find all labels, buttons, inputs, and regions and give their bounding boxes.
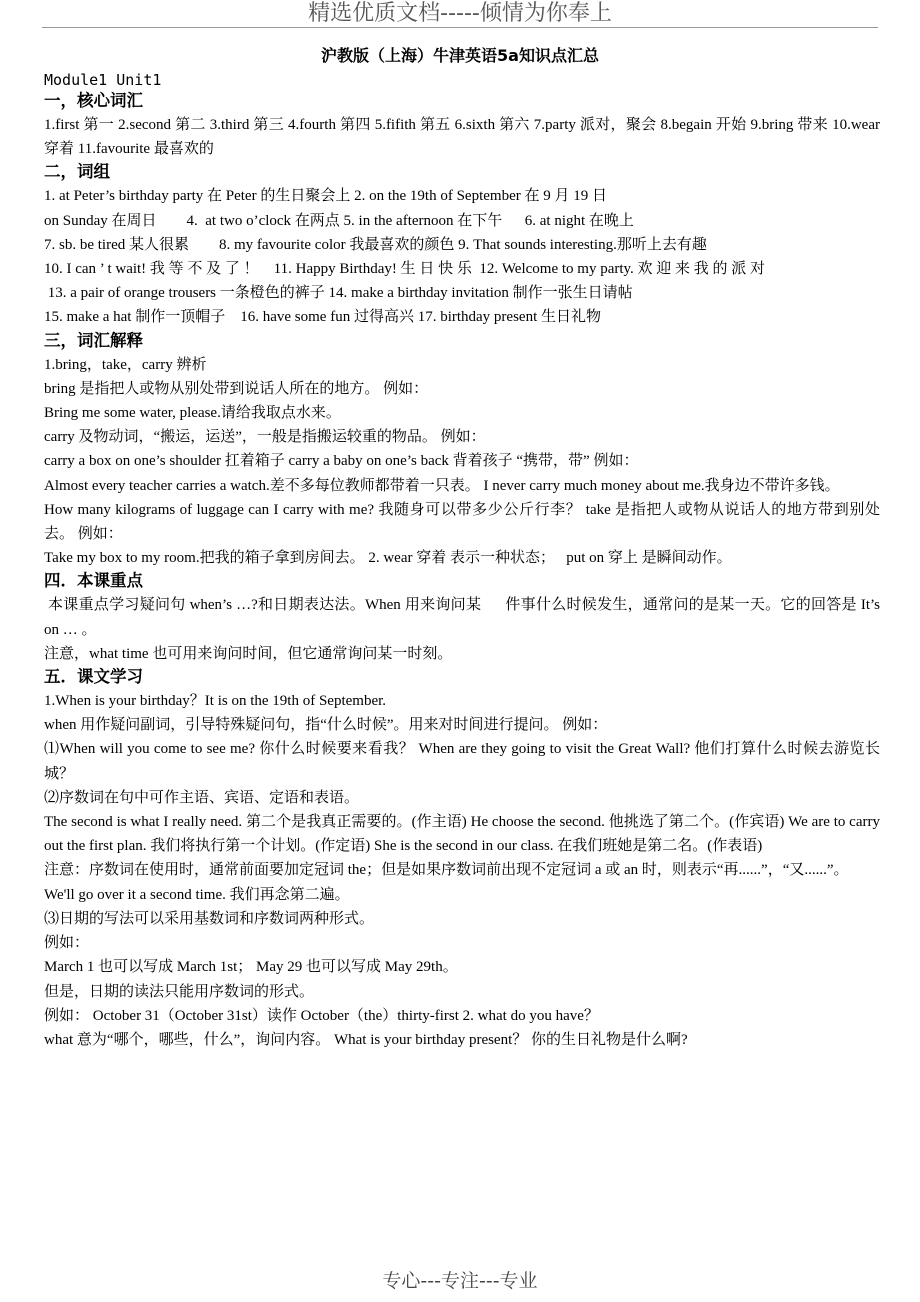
paragraph: 13. a pair of orange trousers 一条橙色的裤子 14… bbox=[44, 281, 880, 305]
paragraph: 15. make a hat 制作一顶帽子 16. have some fun … bbox=[44, 305, 880, 329]
module-label: Module1 Unit1 bbox=[44, 70, 880, 90]
paragraph: 本课重点学习疑问句 when’s …?和日期表达法。When 用来询问某 件事什… bbox=[44, 593, 880, 641]
section-core-vocabulary: 一，核心词汇 1.first 第一 2.second 第二 3.third 第三… bbox=[44, 90, 880, 161]
section-vocabulary-explanation: 三，词汇解释 1.bring，take，carry 辨析 bring 是指把人或… bbox=[44, 330, 880, 571]
section-heading: 五．课文学习 bbox=[44, 666, 880, 689]
document-body: Module1 Unit1 一，核心词汇 1.first 第一 2.second… bbox=[44, 70, 880, 1052]
section-heading: 三，词汇解释 bbox=[44, 330, 880, 353]
paragraph: 注意，what time 也可用来询问时间，但它通常询问某一时刻。 bbox=[44, 642, 880, 666]
paragraph: Bring me some water, please.请给我取点水来。 bbox=[44, 401, 880, 425]
page-footer: 专心---专注---专业 bbox=[0, 1268, 920, 1294]
section-phrases: 二，词组 1. at Peter’s birthday party 在 Pete… bbox=[44, 161, 880, 329]
paragraph: The second is what I really need. 第二个是我真… bbox=[44, 810, 880, 858]
paragraph: Take my box to my room.把我的箱子拿到房间去。 2. we… bbox=[44, 546, 880, 570]
paragraph: on Sunday 在周日 4. at two o’clock 在两点 5. i… bbox=[44, 209, 880, 233]
paragraph: 1.bring，take，carry 辨析 bbox=[44, 353, 880, 377]
paragraph: ⑵序数词在句中可作主语、宾语、定语和表语。 bbox=[44, 786, 880, 810]
paragraph: 7. sb. be tired 某人很累 8. my favourite col… bbox=[44, 233, 880, 257]
page-header: 精选优质文档-----倾情为你奉上 bbox=[0, 0, 920, 28]
paragraph: when 用作疑问副词，引导特殊疑问句，指“什么时候”。用来对时间进行提问。 例… bbox=[44, 713, 880, 737]
paragraph: 1.When is your birthday？It is on the 19t… bbox=[44, 689, 880, 713]
section-heading: 四．本课重点 bbox=[44, 570, 880, 593]
paragraph: ⑴When will you come to see me? 你什么时候要来看我… bbox=[44, 737, 880, 785]
section-heading: 一，核心词汇 bbox=[44, 90, 880, 113]
paragraph: 1.first 第一 2.second 第二 3.third 第三 4.four… bbox=[44, 113, 880, 161]
paragraph: Almost every teacher carries a watch.差不多… bbox=[44, 474, 880, 498]
section-key-points: 四．本课重点 本课重点学习疑问句 when’s …?和日期表达法。When 用来… bbox=[44, 570, 880, 666]
paragraph: carry a box on one’s shoulder 扛着箱子 carry… bbox=[44, 449, 880, 473]
header-divider bbox=[42, 27, 878, 28]
paragraph: 1. at Peter’s birthday party 在 Peter 的生日… bbox=[44, 184, 880, 208]
paragraph: ⑶日期的写法可以采用基数词和序数词两种形式。 bbox=[44, 907, 880, 931]
paragraph: 例如： October 31（October 31st）读作 October（t… bbox=[44, 1004, 880, 1028]
document-title: 沪教版（上海）牛津英语5a知识点汇总 bbox=[0, 45, 920, 67]
paragraph: How many kilograms of luggage can I carr… bbox=[44, 498, 880, 546]
section-heading: 二，词组 bbox=[44, 161, 880, 184]
paragraph: March 1 也可以写成 March 1st； May 29 也可以写成 Ma… bbox=[44, 955, 880, 979]
paragraph: carry 及物动词，“搬运，运送”，一般是指搬运较重的物品。 例如： bbox=[44, 425, 880, 449]
paragraph: 10. I can ’ t wait! 我 等 不 及 了 ！ 11. Happ… bbox=[44, 257, 880, 281]
paragraph: bring 是指把人或物从别处带到说话人所在的地方。 例如： bbox=[44, 377, 880, 401]
paragraph: 注意：序数词在使用时，通常前面要加定冠词 the；但是如果序数词前出现不定冠词 … bbox=[44, 858, 880, 882]
section-text-study: 五．课文学习 1.When is your birthday？It is on … bbox=[44, 666, 880, 1052]
paragraph: what 意为“哪个，哪些，什么”，询问内容。 What is your bir… bbox=[44, 1028, 880, 1052]
paragraph: We'll go over it a second time. 我们再念第二遍。 bbox=[44, 883, 880, 907]
paragraph: 例如： bbox=[44, 931, 880, 955]
paragraph: 但是，日期的读法只能用序数词的形式。 bbox=[44, 980, 880, 1004]
